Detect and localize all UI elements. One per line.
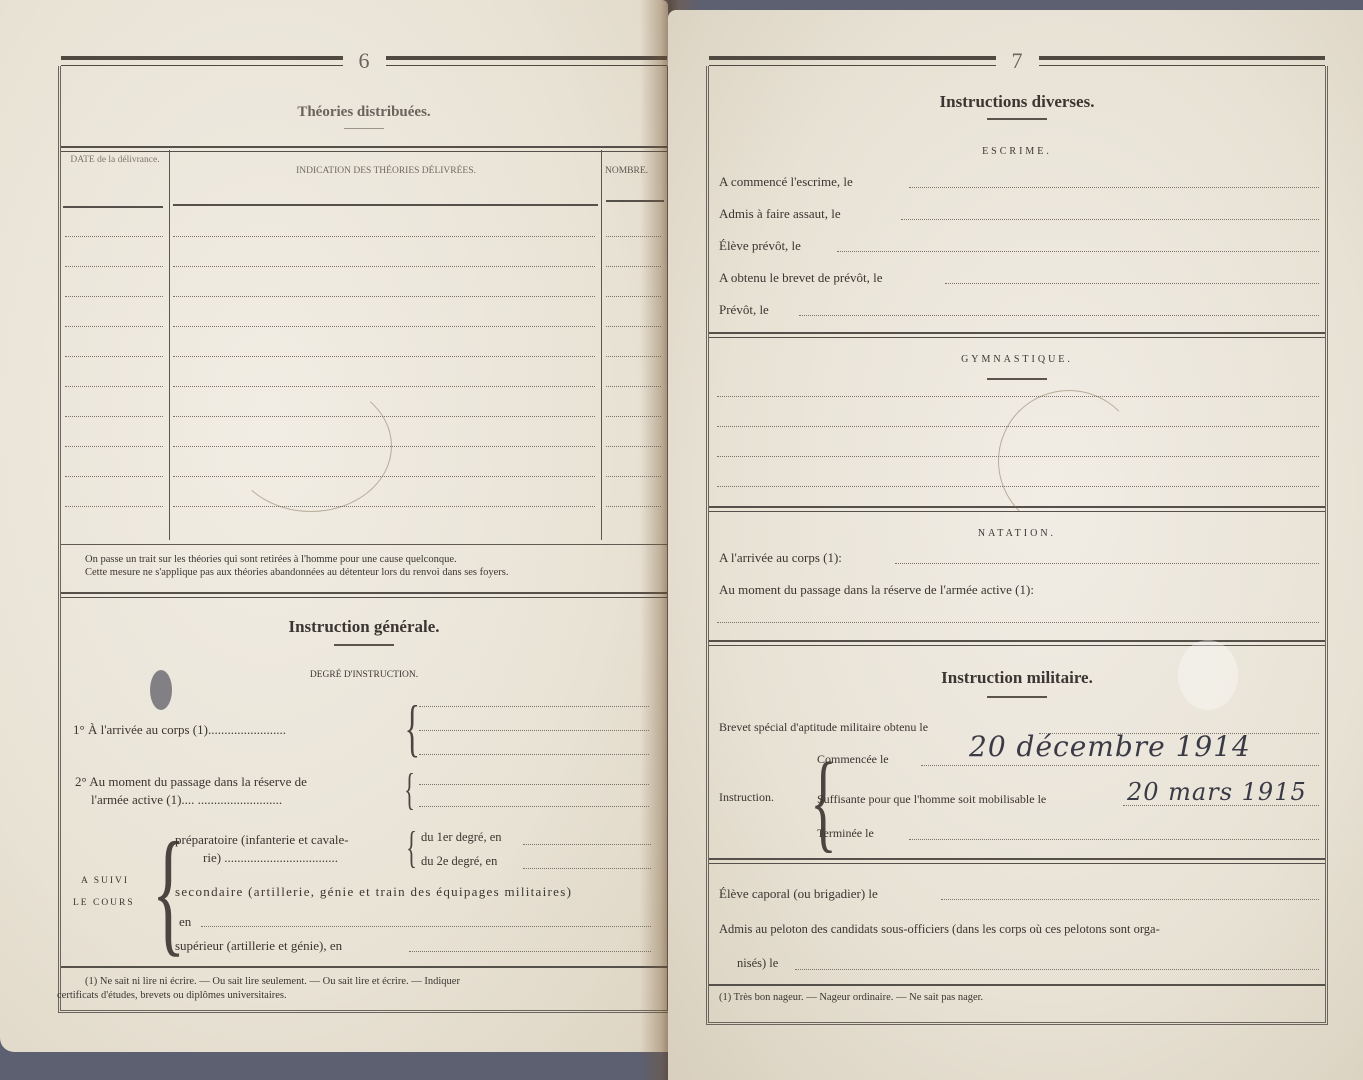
instruction-label: Instruction. [719, 790, 774, 805]
paper-crease [998, 390, 1140, 532]
section-divider [709, 858, 1325, 864]
footnote-divider [61, 966, 667, 968]
title-underline [987, 118, 1047, 120]
page-number: 7 [1012, 48, 1023, 74]
secondaire-en: en [179, 914, 191, 930]
preparatoire-line2: rie) ................................... [203, 850, 338, 866]
footnote-divider [709, 984, 1325, 986]
natation-reserve-label: Au moment du passage dans la réserve de … [719, 582, 1034, 598]
natation-arrivee-label: A l'arrivée au corps (1): [719, 550, 842, 566]
secondaire-fill[interactable] [201, 926, 651, 927]
brace: { [405, 696, 420, 760]
brace: { [404, 768, 415, 812]
prevot-label: Prévôt, le [719, 302, 769, 318]
peloton-line1: Admis au peloton des candidats sous-offi… [719, 922, 1160, 937]
brevet-prevot-field[interactable] [945, 283, 1319, 284]
commencee-field[interactable] [921, 765, 1319, 766]
fill-line[interactable] [419, 730, 649, 731]
table-top-rule [61, 146, 667, 152]
column-divider [601, 150, 602, 540]
escrime-commence-field[interactable] [909, 187, 1319, 188]
fill-line[interactable] [419, 806, 649, 807]
degre2-fill[interactable] [523, 868, 651, 869]
eleve-prevot-label: Élève prévôt, le [719, 238, 801, 254]
commencee-value[interactable]: 20 décembre 1914 [969, 730, 1251, 763]
right-page: 7 Instructions diverses. ESCRIME. A comm… [668, 10, 1363, 1080]
terminee-field[interactable] [909, 839, 1319, 840]
header-rule [61, 56, 343, 66]
superieur-fill[interactable] [409, 951, 651, 952]
right-page-frame: 7 Instructions diverses. ESCRIME. A comm… [706, 66, 1328, 1025]
paper-hole [150, 670, 172, 710]
fill-line[interactable] [419, 706, 649, 707]
brevet-aptitude-label: Brevet spécial d'aptitude militaire obte… [719, 720, 928, 735]
header-underline [63, 206, 163, 208]
secondaire-label: secondaire (artillerie, génie et train d… [175, 884, 572, 900]
suivi-label-1: A SUIVI [81, 876, 129, 886]
title-underline [987, 378, 1047, 380]
gymnastique-heading: GYMNASTIQUE. [709, 354, 1325, 365]
fill-line[interactable] [419, 754, 649, 755]
eleve-prevot-field[interactable] [837, 251, 1319, 252]
header-rule [1039, 56, 1326, 66]
column-header-date: DATE de la délivrance. [65, 154, 165, 167]
column-header-indication: INDICATION DES THÉORIES DÉLIVRÉES. [171, 166, 601, 176]
paper-tear [1178, 640, 1238, 710]
brevet-prevot-label: A obtenu le brevet de prévôt, le [719, 270, 883, 286]
gymnastique-field[interactable] [717, 396, 1319, 397]
suffisante-label: Suffisante pour que l'homme soit mobilis… [817, 792, 1046, 807]
title-underline [344, 128, 384, 129]
escrime-assaut-field[interactable] [901, 219, 1319, 220]
peloton-line2: nisés) le [737, 956, 778, 971]
natation-arrivee-field[interactable] [895, 563, 1319, 564]
left-page: 6 Théories distribuées. DATE de la déliv… [0, 0, 668, 1052]
instruction-generale-title: Instruction générale. [61, 617, 667, 637]
item-arrivee-corps: 1° À l'arrivée au corps (1).............… [73, 722, 286, 738]
degre1-label: du 1er degré, en [421, 830, 502, 845]
header-rule [709, 56, 996, 66]
natation-footnote: (1) Très bon nageur. — Nageur ordinaire.… [719, 992, 983, 1003]
theories-note-line2: Cette mesure ne s'applique pas aux théor… [85, 567, 509, 578]
suivi-label-2: LE COURS [73, 898, 135, 908]
theories-title: Théories distribuées. [61, 104, 667, 121]
title-underline [334, 644, 394, 646]
table-bottom-rule [61, 544, 667, 545]
page-number: 6 [359, 48, 370, 74]
section-divider [709, 640, 1325, 646]
escrime-commence-label: A commencé l'escrime, le [719, 174, 853, 190]
footnote-line1: (1) Ne sait ni lire ni écrire. — Ou sait… [85, 976, 460, 987]
escrime-heading: ESCRIME. [709, 146, 1325, 157]
natation-reserve-field[interactable] [717, 622, 1319, 623]
header-rule [386, 56, 668, 66]
commencee-label: Commencée le [817, 752, 889, 767]
theories-note-line1: On passe un trait sur les théories qui s… [85, 554, 457, 565]
superieur-label: supérieur (artillerie et génie), en [175, 938, 342, 954]
suffisante-value[interactable]: 20 mars 1915 [1127, 778, 1307, 806]
section-divider [61, 592, 667, 598]
page-number-header: 6 [61, 48, 667, 74]
eleve-caporal-field[interactable] [941, 899, 1319, 900]
degre2-label: du 2e degré, en [421, 854, 497, 869]
terminee-label: Terminée le [817, 826, 874, 841]
prevot-field[interactable] [799, 315, 1319, 316]
peloton-field[interactable] [795, 969, 1319, 970]
paper-crease [230, 380, 392, 512]
preparatoire-line1: préparatoire (infanterie et cavale- [175, 832, 349, 848]
degre1-fill[interactable] [523, 844, 651, 845]
page-number-header: 7 [709, 48, 1325, 74]
left-page-frame: 6 Théories distribuées. DATE de la déliv… [58, 66, 670, 1013]
column-divider [169, 150, 170, 540]
fill-line[interactable] [419, 784, 649, 785]
item-reserve-line1: 2° Au moment du passage dans la réserve … [75, 774, 307, 790]
instructions-diverses-title: Instructions diverses. [709, 92, 1325, 112]
title-underline [987, 696, 1047, 698]
footnote-line2: certificats d'études, brevets ou diplôme… [57, 990, 287, 1001]
header-underline [173, 204, 598, 206]
escrime-assaut-label: Admis à faire assaut, le [719, 206, 841, 222]
section-divider [709, 332, 1325, 338]
brace: { [406, 826, 417, 870]
eleve-caporal-label: Élève caporal (ou brigadier) le [719, 886, 878, 902]
item-reserve-line2: l'armée active (1).... .................… [91, 792, 282, 808]
natation-heading: NATATION. [709, 528, 1325, 539]
